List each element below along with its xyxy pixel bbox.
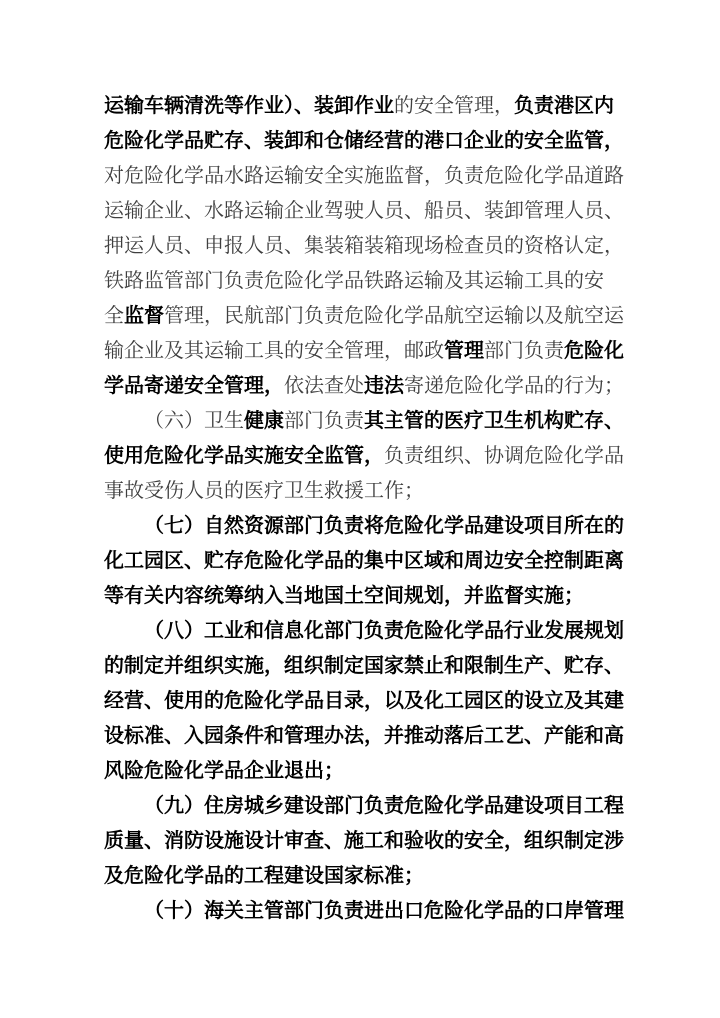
text-run: 监督 (124, 303, 164, 327)
text-line: 的制定并组织实施，组织制定国家禁止和限制生产、贮存、 (104, 648, 628, 683)
text-run: （八）工业和信息化部门负责危险化学品行业发展规划 (144, 618, 624, 642)
document-body: 运输车辆清洗等作业）、装卸作业的安全管理，负责港区内危险化学品贮存、装卸和仓储经… (104, 88, 628, 928)
text-run: 健康 (244, 408, 284, 432)
text-run: 风险危险化学品企业退出； (104, 758, 344, 782)
text-run: 设标准、入园条件和管理办法，并推动落后工艺、产能和高 (104, 723, 624, 747)
text-run: 管理 (444, 338, 484, 362)
text-line: 运输车辆清洗等作业）、装卸作业的安全管理，负责港区内 (104, 88, 628, 123)
text-run: （十）海关主管部门负责进出口危险化学品的口岸管理 (144, 898, 624, 922)
text-run: 押运人员、申报人员、集装箱装箱现场检查员的资格认定， (104, 233, 624, 257)
text-run: 依法查处 (284, 373, 364, 397)
text-run: 对危险化学品水路运输安全实施监督，负责危险化学品道路 (104, 163, 624, 187)
text-line: 化工园区、贮存危险化学品的集中区域和周边安全控制距离 (104, 543, 628, 578)
text-run: 及危险化学品的工程建设国家标准； (104, 863, 424, 887)
text-line: 危险化学品贮存、装卸和仓储经营的港口企业的安全监管， (104, 123, 628, 158)
text-run: 管理，民航部门负责危险化学品航空运输以及航空运 (164, 303, 624, 327)
text-line: （七）自然资源部门负责将危险化学品建设项目所在的 (104, 508, 628, 543)
text-line: （九）住房城乡建设部门负责危险化学品建设项目工程 (104, 788, 628, 823)
text-run: 输企业及其运输工具的安全管理，邮政 (104, 338, 444, 362)
text-run: 部门负责 (484, 338, 564, 362)
text-run: 部门负责 (284, 408, 364, 432)
text-run: 运输车辆清洗等作业）、装卸作业 (104, 93, 394, 117)
text-run: 违法 (364, 373, 404, 397)
text-line: 经营、使用的危险化学品目录，以及化工园区的设立及其建 (104, 683, 628, 718)
text-run: 危险化 (564, 338, 624, 362)
text-line: 事故受伤人员的医疗卫生救援工作； (104, 473, 628, 508)
text-line: 设标准、入园条件和管理办法，并推动落后工艺、产能和高 (104, 718, 628, 753)
text-run: 事故受伤人员的医疗卫生救援工作； (104, 478, 424, 502)
text-line: 铁路监管部门负责危险化学品铁路运输及其运输工具的安 (104, 263, 628, 298)
text-line: 全监督管理，民航部门负责危险化学品航空运输以及航空运 (104, 298, 628, 333)
text-run: 其主管的医疗卫生机构贮存、 (364, 408, 624, 432)
text-run: 运输企业、水路运输企业驾驶人员、船员、装卸管理人员、 (104, 198, 624, 222)
text-line: 使用危险化学品实施安全监管，负责组织、协调危险化学品 (104, 438, 628, 473)
text-run: （九）住房城乡建设部门负责危险化学品建设项目工程 (144, 793, 624, 817)
text-run: 全 (104, 303, 124, 327)
text-line: 风险危险化学品企业退出； (104, 753, 628, 788)
text-run: 危险化学品贮存、装卸和仓储经营的港口企业的安全监管， (104, 128, 624, 152)
text-run: 化工园区、贮存危险化学品的集中区域和周边安全控制距离 (104, 548, 624, 572)
text-line: 学品寄递安全管理，依法查处违法寄递危险化学品的行为； (104, 368, 628, 403)
text-line: （六）卫生健康部门负责其主管的医疗卫生机构贮存、 (104, 403, 628, 438)
text-line: 输企业及其运输工具的安全管理，邮政管理部门负责危险化 (104, 333, 628, 368)
text-run: 的安全管理， (394, 93, 514, 117)
text-run: （七）自然资源部门负责将危险化学品建设项目所在的 (144, 513, 624, 537)
text-run: 质量、消防设施设计审查、施工和验收的安全，组织制定涉 (104, 828, 624, 852)
document-page: 运输车辆清洗等作业）、装卸作业的安全管理，负责港区内危险化学品贮存、装卸和仓储经… (0, 0, 720, 1018)
text-run: 使用危险化学品实施安全监管， (104, 443, 384, 467)
text-line: 押运人员、申报人员、集装箱装箱现场检查员的资格认定， (104, 228, 628, 263)
text-run: （六）卫生 (144, 408, 244, 432)
text-line: （十）海关主管部门负责进出口危险化学品的口岸管理 (104, 893, 628, 928)
text-run: 寄递危险化学品的行为； (404, 373, 624, 397)
text-line: 等有关内容统筹纳入当地国土空间规划，并监督实施； (104, 578, 628, 613)
text-run: 经营、使用的危险化学品目录，以及化工园区的设立及其建 (104, 688, 624, 712)
text-run: 学品寄递安全管理， (104, 373, 284, 397)
text-line: 及危险化学品的工程建设国家标准； (104, 858, 628, 893)
text-run: 负责港区内 (514, 93, 614, 117)
text-run: 等有关内容统筹纳入当地国土空间规划，并监督实施； (104, 583, 584, 607)
text-line: 运输企业、水路运输企业驾驶人员、船员、装卸管理人员、 (104, 193, 628, 228)
text-run: 铁路监管部门负责危险化学品铁路运输及其运输工具的安 (104, 268, 604, 292)
text-run: 的制定并组织实施，组织制定国家禁止和限制生产、贮存、 (104, 653, 624, 677)
text-line: 质量、消防设施设计审查、施工和验收的安全，组织制定涉 (104, 823, 628, 858)
text-run: 负责组织、协调危险化学品 (384, 443, 624, 467)
text-line: 对危险化学品水路运输安全实施监督，负责危险化学品道路 (104, 158, 628, 193)
text-line: （八）工业和信息化部门负责危险化学品行业发展规划 (104, 613, 628, 648)
